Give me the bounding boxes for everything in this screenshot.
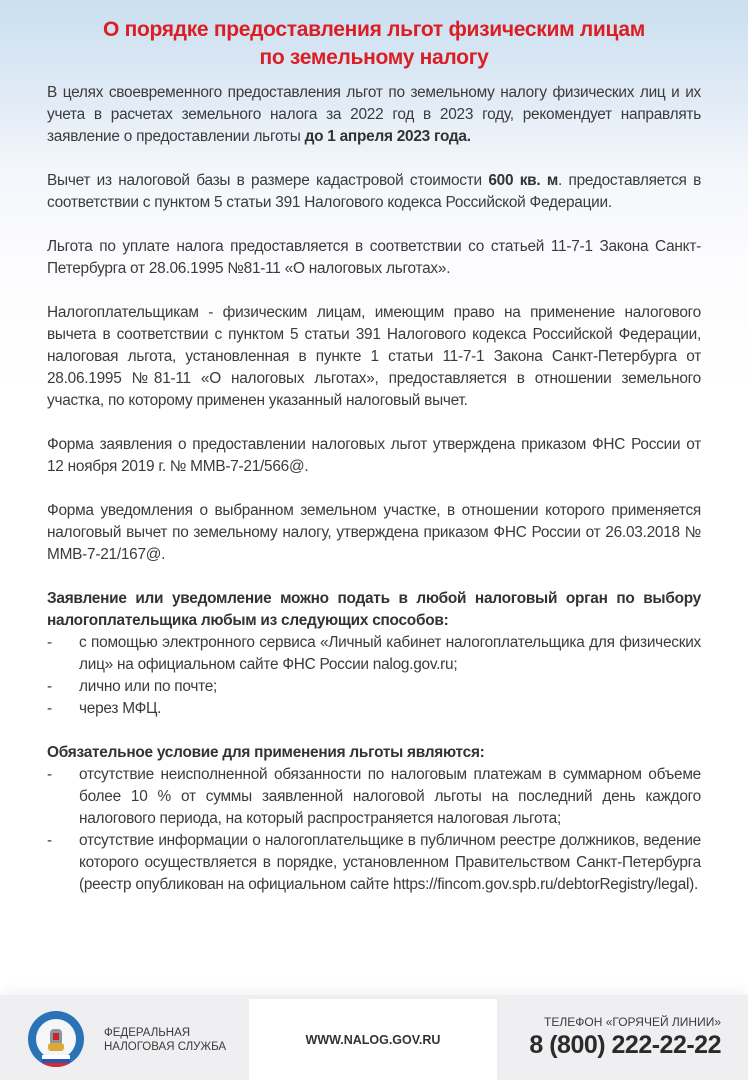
page-title: О порядке предоставления льгот физически… bbox=[0, 16, 748, 72]
footer-hotline: ТЕЛЕФОН «ГОРЯЧЕЙ ЛИНИИ» 8 (800) 222-22-2… bbox=[497, 995, 748, 1080]
notification-form-paragraph: Форма уведомления о выбранном земельном … bbox=[47, 500, 701, 566]
taxpayers-paragraph: Налогоплательщикам - физическим лицам, и… bbox=[47, 302, 701, 412]
title-line-2: по земельному налогу bbox=[0, 44, 748, 72]
deduction-paragraph: Вычет из налоговой базы в размере кадаст… bbox=[47, 170, 701, 214]
list-item: -отсутствие неисполненной обязанности по… bbox=[47, 764, 701, 830]
submission-methods-list: -с помощью электронного сервиса «Личный … bbox=[47, 632, 701, 720]
hotline-phone[interactable]: 8 (800) 222-22-22 bbox=[529, 1031, 721, 1060]
list-marker: - bbox=[47, 676, 52, 698]
list-marker: - bbox=[47, 764, 52, 786]
intro-paragraph: В целях своевременного предоставления ль… bbox=[47, 82, 701, 148]
website-link[interactable]: WWW.NALOG.GOV.RU bbox=[249, 1033, 497, 1047]
submission-heading: Заявление или уведомление можно подать в… bbox=[47, 588, 701, 632]
list-marker: - bbox=[47, 698, 52, 720]
org-name: ФЕДЕРАЛЬНАЯ НАЛОГОВАЯ СЛУЖБА bbox=[104, 1026, 226, 1054]
list-marker: - bbox=[47, 632, 52, 654]
list-item: -с помощью электронного сервиса «Личный … bbox=[47, 632, 701, 676]
list-item: -отсутствие информации о налогоплательщи… bbox=[47, 830, 701, 896]
flag-icon bbox=[42, 1063, 70, 1067]
list-marker: - bbox=[47, 830, 52, 852]
list-item: -лично или по почте; bbox=[47, 676, 701, 698]
application-form-paragraph: Форма заявления о предоставлении налогов… bbox=[47, 434, 701, 478]
benefit-law-paragraph: Льгота по уплате налога предоставляется … bbox=[47, 236, 701, 280]
hotline-label: ТЕЛЕФОН «ГОРЯЧЕЙ ЛИНИИ» bbox=[544, 1015, 721, 1029]
conditions-list: -отсутствие неисполненной обязанности по… bbox=[47, 764, 701, 896]
title-line-1: О порядке предоставления льгот физически… bbox=[0, 16, 748, 44]
conditions-heading: Обязательное условие для применения льго… bbox=[47, 742, 701, 764]
shield-icon bbox=[53, 1033, 59, 1040]
deadline: до 1 апреля 2023 года. bbox=[305, 128, 471, 145]
list-item: -через МФЦ. bbox=[47, 698, 701, 720]
fns-emblem-icon bbox=[28, 1011, 84, 1067]
footer-website: WWW.NALOG.GOV.RU bbox=[249, 999, 497, 1080]
footer: ФЕДЕРАЛЬНАЯ НАЛОГОВАЯ СЛУЖБА WWW.NALOG.G… bbox=[0, 995, 748, 1080]
deduction-area: 600 кв. м bbox=[488, 172, 558, 189]
document-body: В целях своевременного предоставления ль… bbox=[47, 82, 701, 918]
footer-org: ФЕДЕРАЛЬНАЯ НАЛОГОВАЯ СЛУЖБА bbox=[0, 995, 248, 1080]
